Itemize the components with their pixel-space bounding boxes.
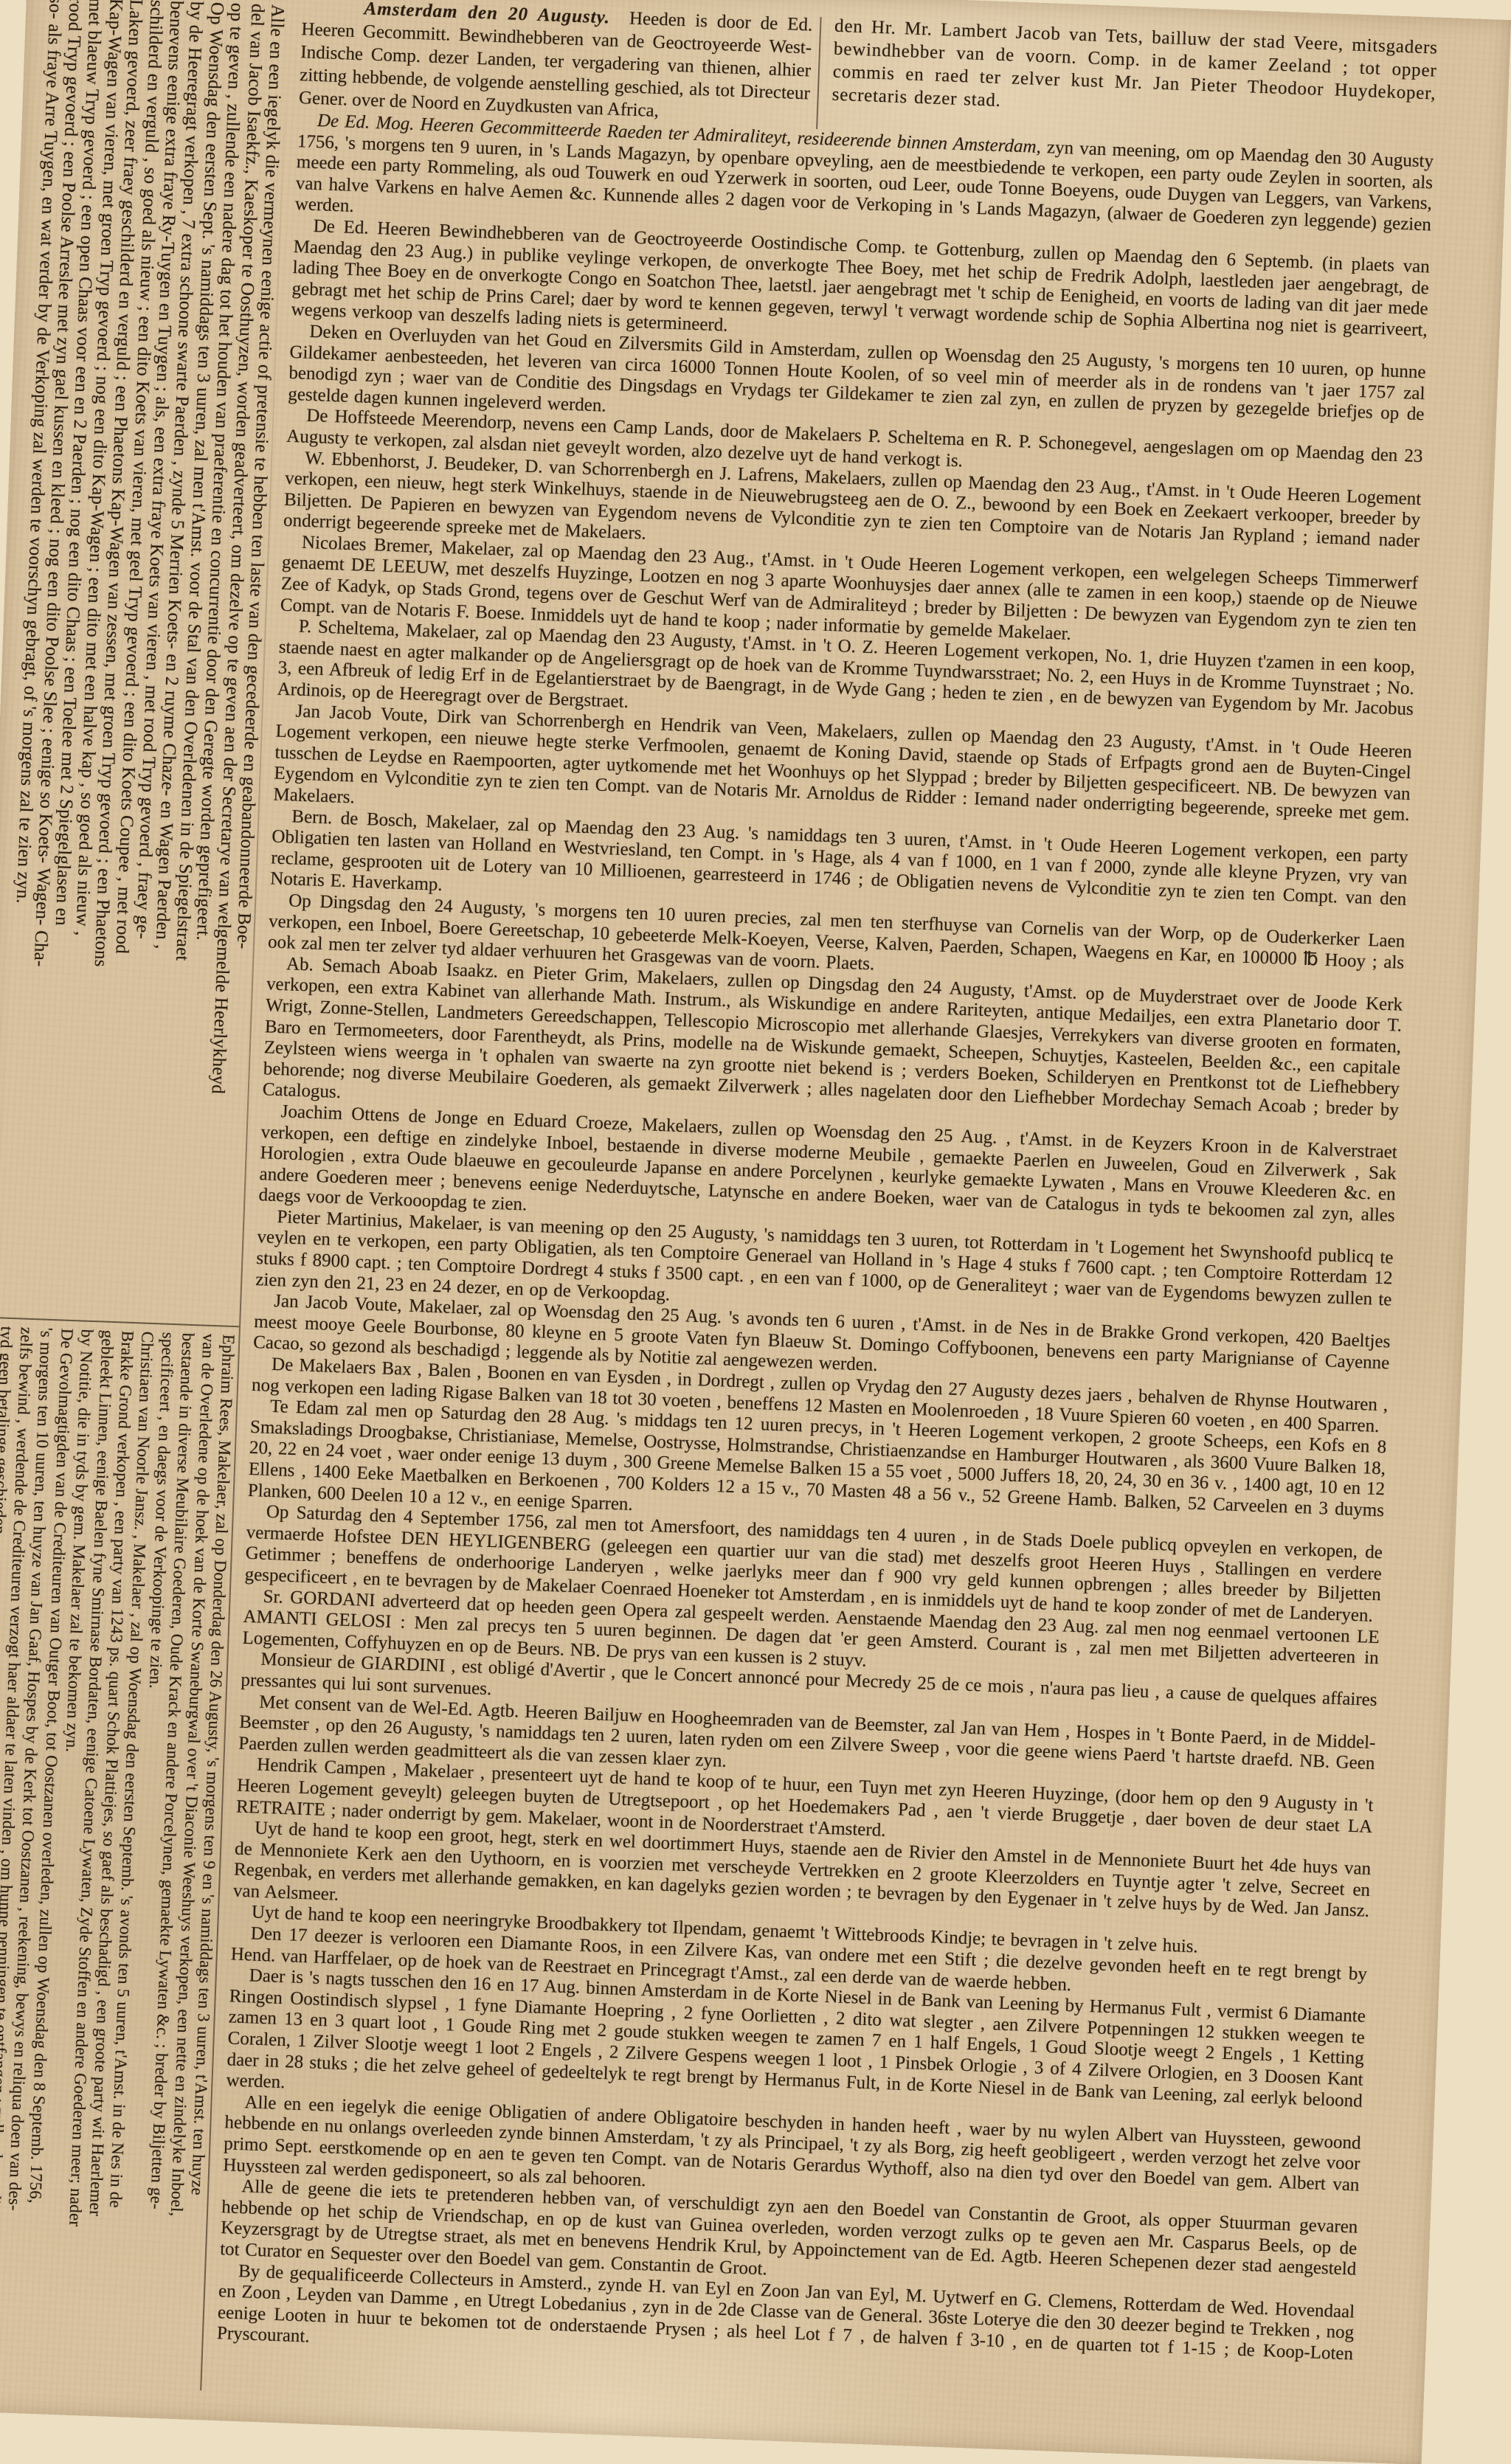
intro-column-right: den Hr. Mr. Lambert Jacob van Tets, bail… xyxy=(831,15,1438,128)
intro-column-rule xyxy=(816,17,822,129)
newspaper-page: Alle en een iegelyk die vermeynen eenige… xyxy=(0,0,1511,2464)
left-margin-ads-upper: Alle en een iegelyk die vermeynen eenige… xyxy=(0,0,288,1326)
intro-column-left: Amsterdam den 20 Augusty. Heeden is door… xyxy=(299,0,813,128)
intro-left-paragraph: Amsterdam den 20 Augusty. Heeden is door… xyxy=(299,0,813,128)
main-column: De Ed. Mog. Heeren Gecommitteerde Raeden… xyxy=(214,110,1434,2451)
intro-right-paragraph: den Hr. Mr. Lambert Jacob van Tets, bail… xyxy=(831,15,1438,128)
left-margin-ads-lower: Ephraim Rees, Makelaer, zal op Donderdag… xyxy=(0,1326,239,2390)
